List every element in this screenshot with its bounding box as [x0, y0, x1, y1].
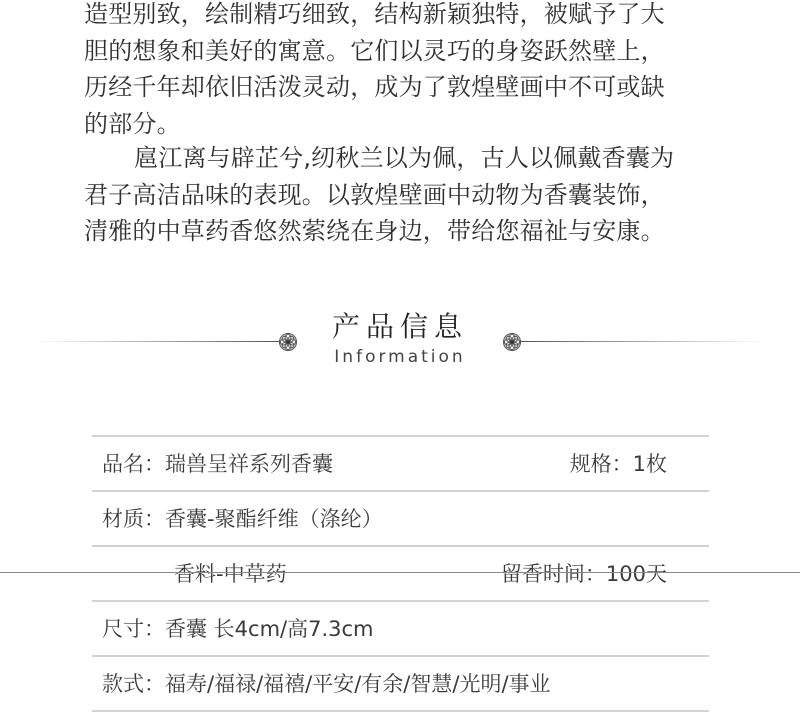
product-styles: 款式：福寿/福禄/福禧/平安/有余/智慧/光明/事业: [102, 671, 551, 697]
table-row-name-spec: 品名：瑞兽呈祥系列香囊 规格：1枚: [92, 435, 709, 490]
intro-paragraph-2: 扈江离与辟芷兮,纫秋兰以为佩，古人以佩戴香囊为 君子高洁品味的表现。以敦煌壁画中…: [84, 140, 724, 250]
text-line: 造型别致，绘制精巧细致，结构新颖独特，被赋予了大: [84, 0, 724, 33]
product-material: 材质：香囊-聚酯纤维（涤纶）: [102, 506, 383, 532]
section-header-product-info: 产品信息 Information: [0, 300, 800, 380]
text-line: 清雅的中草药香悠然萦绕在身边，带给您福祉与安康。: [84, 213, 724, 250]
product-spec: 规格：1枚: [570, 451, 667, 477]
product-fragrance: 香料-中草药: [174, 561, 287, 587]
fragrance-duration: 留香时间：100天: [501, 561, 667, 587]
table-row-size: 尺寸：香囊 长4cm/高7.3cm: [92, 600, 709, 655]
intro-paragraph-1: 造型别致，绘制精巧细致，结构新颖独特，被赋予了大 胆的想象和美好的寓意。它们以灵…: [84, 0, 724, 142]
product-name: 品名：瑞兽呈祥系列香囊: [102, 451, 333, 477]
text-line: 扈江离与辟芷兮,纫秋兰以为佩，古人以佩戴香囊为: [84, 140, 724, 177]
section-title: 产品信息: [0, 310, 800, 344]
product-info-table: 品名：瑞兽呈祥系列香囊 规格：1枚 材质：香囊-聚酯纤维（涤纶） 香料-中草药 …: [92, 435, 709, 712]
product-size: 尺寸：香囊 长4cm/高7.3cm: [102, 616, 374, 642]
flower-rosette-icon: [502, 332, 522, 352]
text-line: 的部分。: [84, 106, 724, 143]
text-line: 历经千年却依旧活泼灵动，成为了敦煌壁画中不可或缺: [84, 69, 724, 106]
section-subtitle: Information: [0, 346, 800, 368]
table-row-material: 材质：香囊-聚酯纤维（涤纶）: [92, 490, 709, 545]
table-row-styles: 款式：福寿/福禄/福禧/平安/有余/智慧/光明/事业: [92, 655, 709, 712]
decorative-line-right: [520, 341, 765, 342]
full-width-divider: [0, 572, 800, 573]
text-line: 胆的想象和美好的寓意。它们以灵巧的身姿跃然壁上，: [84, 33, 724, 70]
text-line: 君子高洁品味的表现。以敦煌壁画中动物为香囊装饰，: [84, 177, 724, 214]
